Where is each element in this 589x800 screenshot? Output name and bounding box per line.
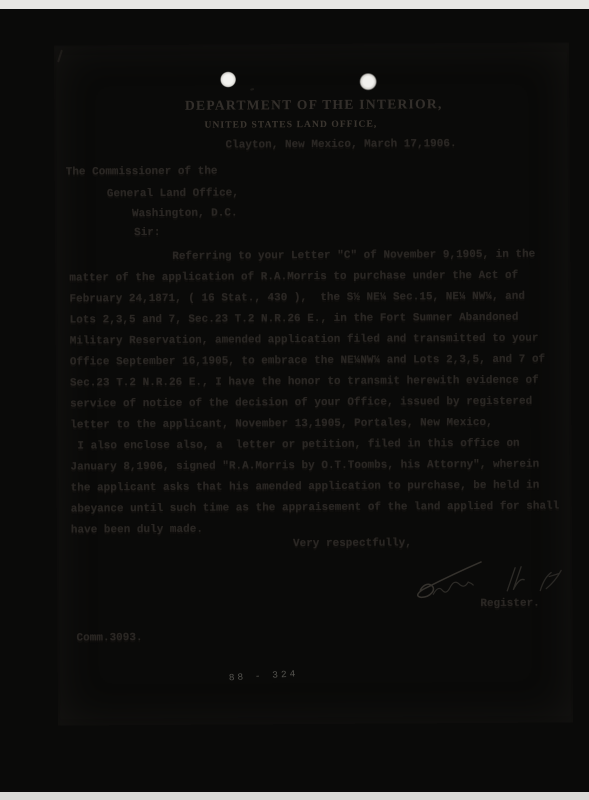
signer-title: Register. — [480, 598, 539, 610]
recipient-line: Washington, D.C. — [132, 207, 238, 220]
body-line: I also enclose also, a letter or petitio… — [70, 433, 567, 457]
punch-hole-right — [359, 73, 377, 91]
recipient-line: General Land Office, — [107, 187, 239, 200]
pencil-annotation: 88 - 324 — [229, 668, 299, 683]
complimentary-closing: Very respectfully, — [293, 537, 412, 550]
body-line: January 8,1906, signed "R.A.Morris by O.… — [70, 454, 567, 478]
body-line: Lots 2,3,5 and 7, Sec.23 T.2 N.R.26 E., … — [70, 307, 567, 331]
scan-edge-top — [0, 0, 589, 9]
letterhead-agency: DEPARTMENT OF THE INTERIOR, — [56, 95, 571, 114]
recipient-line: The Commissioner of the — [66, 166, 218, 179]
body-line: Military Reservation, amended applicatio… — [70, 328, 567, 352]
scan-edge-bottom — [0, 792, 589, 800]
body-line: February 24,1871, ( 16 Stat., 430 ), the… — [69, 286, 566, 310]
letter-page: DEPARTMENT OF THE INTERIOR, UNITED STATE… — [54, 42, 573, 725]
letter-body: Referring to your Letter "C" of November… — [69, 244, 568, 541]
body-line: abeyance until such time as the appraise… — [71, 496, 568, 520]
punch-hole-left — [220, 71, 236, 87]
body-line: the applicant asks that his amended appl… — [71, 475, 568, 499]
commission-reference: Comm.3093. — [77, 632, 143, 644]
letter-dateline: Clayton, New Mexico, March 17,1906. — [226, 138, 457, 151]
body-line: Sec.23 T.2 N.R.26 E., I have the honor t… — [70, 370, 567, 394]
body-line: letter to the applicant, November 13,190… — [70, 412, 567, 436]
scanned-letter: DEPARTMENT OF THE INTERIOR, UNITED STATE… — [0, 0, 589, 800]
corner-pen-mark — [57, 50, 63, 63]
ink-speck — [250, 88, 254, 91]
salutation: Sir: — [134, 227, 160, 239]
body-line: Office September 16,1905, to embrace the… — [70, 349, 567, 373]
letterhead-office: UNITED STATES LAND OFFICE, — [33, 119, 548, 132]
body-line: service of notice of the decision of you… — [70, 391, 567, 415]
body-line: Referring to your Letter "C" of November… — [69, 244, 566, 268]
body-line: matter of the application of R.A.Morris … — [69, 265, 566, 289]
